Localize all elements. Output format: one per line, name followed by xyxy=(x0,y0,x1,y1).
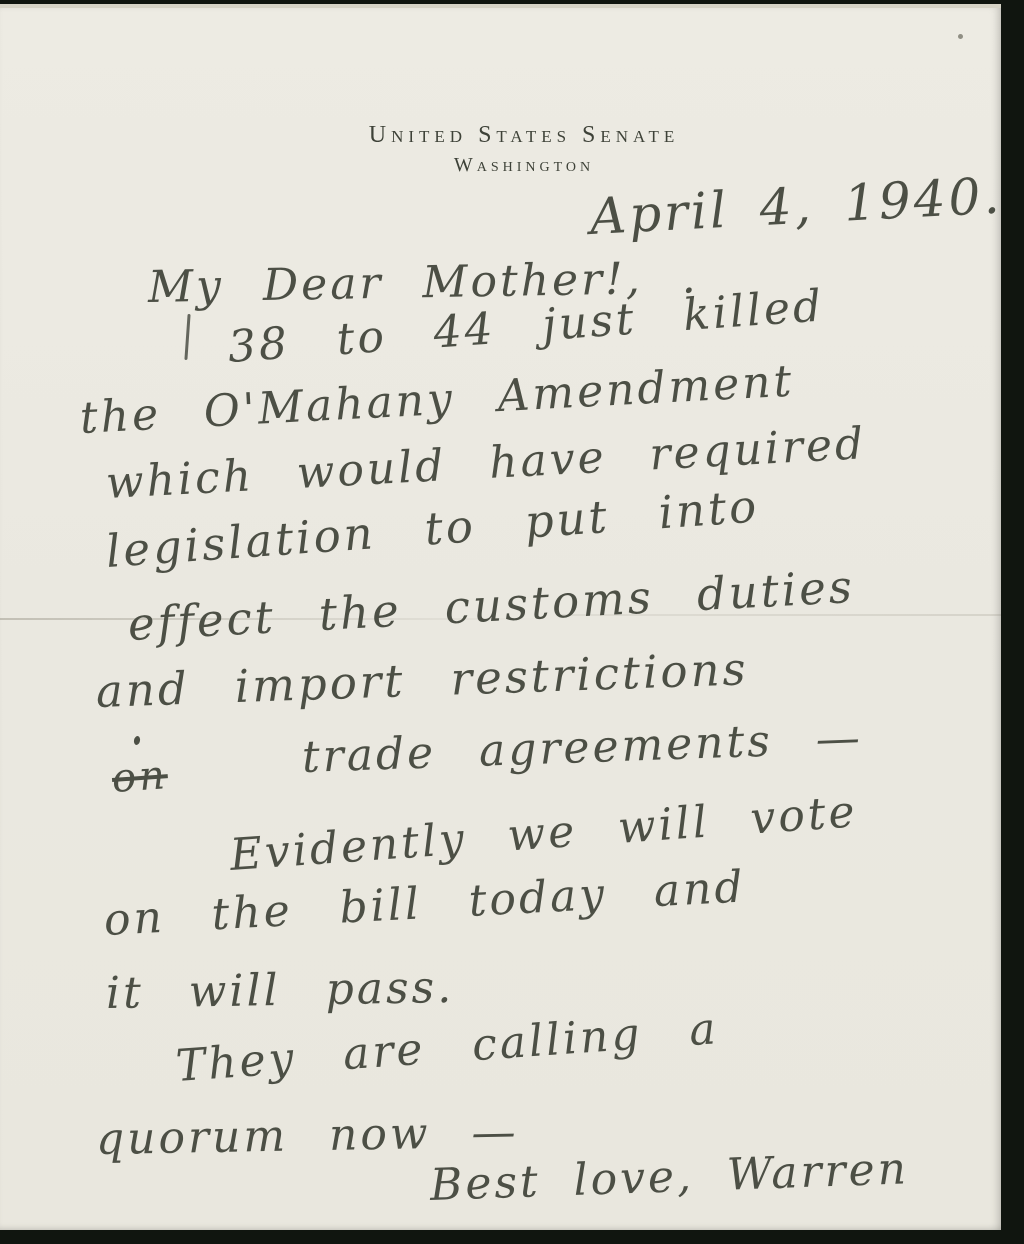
scan-top-edge-strip xyxy=(0,4,1001,8)
letter-line: They are calling a xyxy=(174,1003,720,1092)
letter-line: effect the customs duties xyxy=(127,560,856,651)
paragraph-tick-stroke xyxy=(184,314,190,360)
letter-date: April 4, 1940. xyxy=(588,166,1003,246)
correction-ink-dot xyxy=(133,735,141,745)
letter-line: on the bill today and xyxy=(103,861,747,946)
letter-paper: United States Senate Washington April 4,… xyxy=(0,8,1001,1230)
letter-line: Evidently we will vote xyxy=(228,786,859,881)
letterhead-organization: United States Senate xyxy=(124,122,924,149)
letter-line: and import restrictions xyxy=(95,642,749,718)
struck-out-word: on xyxy=(110,752,169,802)
letter-line: quorum now — xyxy=(96,1107,519,1165)
letterhead-city: Washington xyxy=(124,154,924,177)
letter-line: trade agreements — xyxy=(301,712,863,783)
paper-speck xyxy=(958,34,963,39)
letter-line: it will pass. xyxy=(106,962,455,1019)
letterhead: United States Senate Washington xyxy=(124,122,924,177)
